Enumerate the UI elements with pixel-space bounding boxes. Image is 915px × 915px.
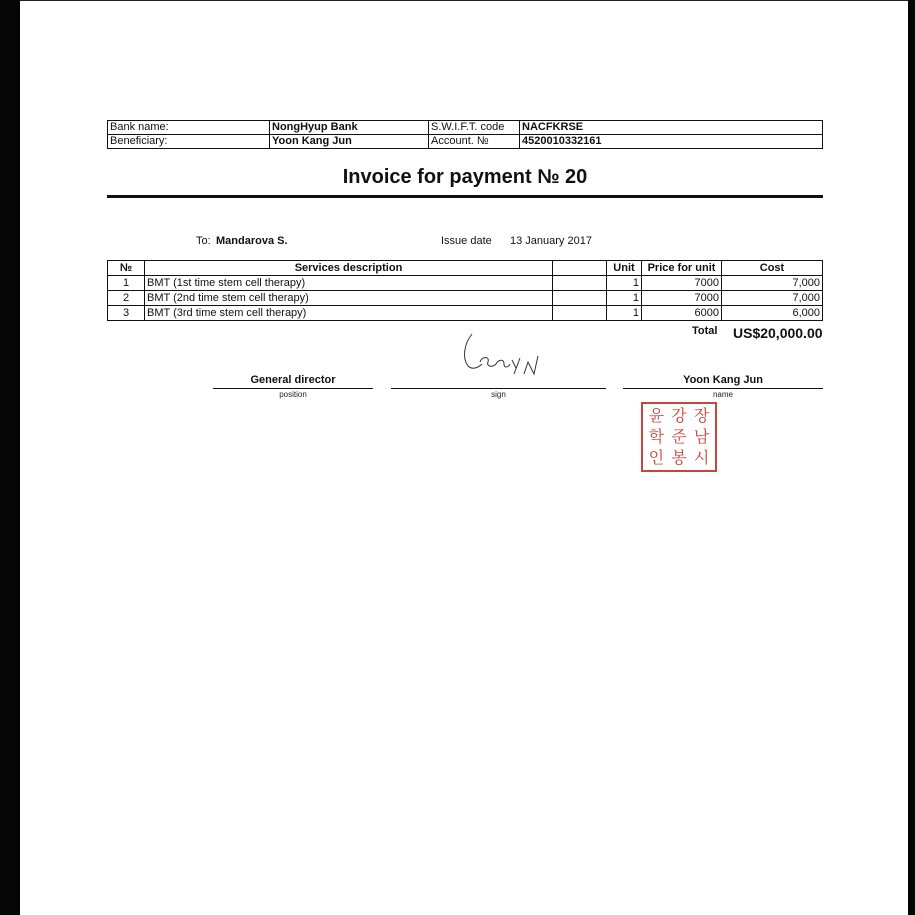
row-unit: 1 [607,291,642,306]
recipient-label: To: [196,235,211,247]
account-number-value: 4520010332161 [520,135,823,149]
position-value: General director [213,374,373,387]
table-row: 1 BMT (1st time stem cell therapy) 1 700… [108,276,823,291]
recipient-value: Mandarova S. [216,235,288,247]
col-unit-header: Unit [607,261,642,276]
beneficiary-row: Beneficiary: Yoon Kang Jun Account. № 45… [108,135,823,149]
services-header-row: № Services description Unit Price for un… [108,261,823,276]
col-price-header: Price for unit [642,261,722,276]
row-num: 1 [108,276,145,291]
right-frame-border [908,0,915,915]
name-field: Yoon Kang Jun name [623,374,823,400]
stamp-char: 준 [671,429,686,445]
position-caption: position [213,389,373,400]
stamp-char: 장 [694,408,709,424]
invoice-title: Invoice for payment № 20 [107,166,823,189]
seal-stamp-icon: 윤 강 장 학 준 남 인 봉 시 [641,402,717,472]
left-frame-border [0,0,20,915]
row-unit: 1 [607,306,642,321]
row-description: BMT (2nd time stem cell therapy) [145,291,553,306]
swift-label: S.W.I.F.T. code [429,121,520,135]
col-num-header: № [108,261,145,276]
stamp-char: 학 [649,429,664,445]
row-description: BMT (1st time stem cell therapy) [145,276,553,291]
row-cost: 7,000 [722,276,823,291]
bank-row: Bank name: NongHyup Bank S.W.I.F.T. code… [108,121,823,135]
col-blank-header [553,261,607,276]
row-blank [553,306,607,321]
stamp-char: 인 [649,450,664,466]
stamp-char: 강 [671,408,686,424]
sign-caption: sign [391,389,606,400]
col-description-header: Services description [145,261,553,276]
bank-details-table: Bank name: NongHyup Bank S.W.I.F.T. code… [107,120,823,149]
position-field: General director position [213,374,373,400]
beneficiary-label: Beneficiary: [108,135,270,149]
row-description: BMT (3rd time stem cell therapy) [145,306,553,321]
row-price: 6000 [642,306,722,321]
row-unit: 1 [607,276,642,291]
sign-field: sign [391,374,606,400]
row-num: 3 [108,306,145,321]
row-price: 7000 [642,276,722,291]
bank-name-label: Bank name: [108,121,270,135]
services-table: № Services description Unit Price for un… [107,260,823,321]
swift-code-value: NACFKRSE [520,121,823,135]
col-cost-header: Cost [722,261,823,276]
row-price: 7000 [642,291,722,306]
title-divider [107,195,823,198]
name-caption: name [623,389,823,400]
total-value: US$20,000.00 [733,325,823,341]
table-row: 2 BMT (2nd time stem cell therapy) 1 700… [108,291,823,306]
beneficiary-value: Yoon Kang Jun [270,135,429,149]
row-blank [553,276,607,291]
stamp-char: 시 [694,450,709,466]
top-frame-border [20,0,908,1]
stamp-char: 봉 [671,450,686,466]
handwritten-signature [458,328,558,380]
row-blank [553,291,607,306]
total-label: Total [692,325,717,337]
row-cost: 6,000 [722,306,823,321]
row-num: 2 [108,291,145,306]
row-cost: 7,000 [722,291,823,306]
stamp-char: 윤 [649,408,664,424]
account-label: Account. № [429,135,520,149]
stamp-char: 남 [694,429,709,445]
table-row: 3 BMT (3rd time stem cell therapy) 1 600… [108,306,823,321]
issue-date-label: Issue date [441,235,492,247]
name-value: Yoon Kang Jun [623,374,823,387]
bank-name-value: NongHyup Bank [270,121,429,135]
issue-date-value: 13 January 2017 [510,235,592,247]
